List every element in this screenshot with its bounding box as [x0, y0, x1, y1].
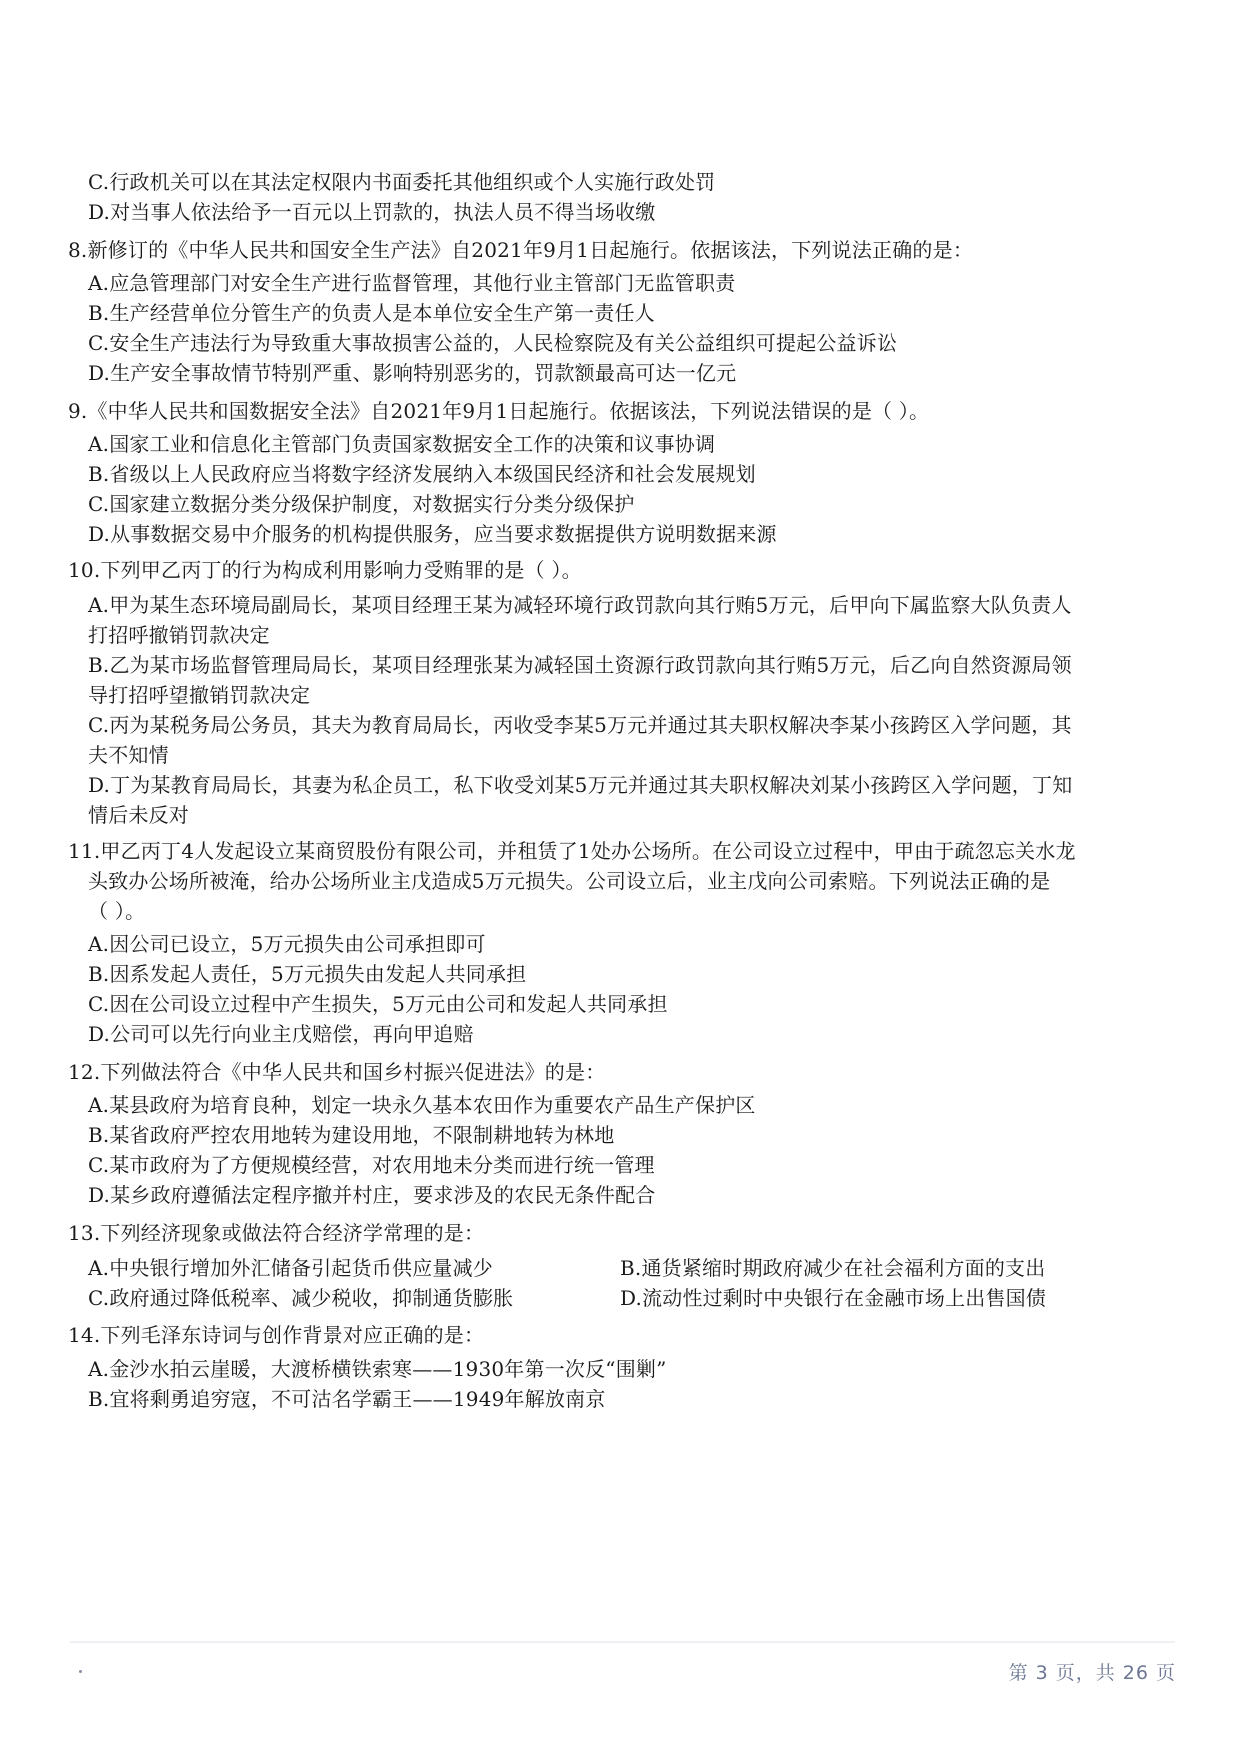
q14-stem: 14.下列毛泽东诗词与创作背景对应正确的是： — [68, 1320, 484, 1350]
q12-option-d: D.某乡政府遵循法定程序撤并村庄，要求涉及的农民无条件配合 — [88, 1180, 655, 1210]
q9-option-b: B.省级以上人民政府应当将数字经济发展纳入本级国民经济和社会发展规划 — [88, 459, 756, 489]
q13-option-b: B.通货紧缩时期政府减少在社会福利方面的支出 — [620, 1253, 1045, 1283]
footer-divider — [70, 1641, 1175, 1643]
q10-option-b-cont: 导打招呼望撤销罚款决定 — [88, 680, 310, 710]
q12-option-a: A.某县政府为培育良种，划定一块永久基本农田作为重要农产品生产保护区 — [88, 1090, 756, 1120]
q12-option-c: C.某市政府为了方便规模经营，对农用地未分类而进行统一管理 — [88, 1150, 655, 1180]
q12-stem: 12.下列做法符合《中华人民共和国乡村振兴促进法》的是： — [68, 1057, 605, 1087]
q14-option-a: A.金沙水拍云崖暖，大渡桥横铁索寒——1930年第一次反“围剿” — [88, 1354, 667, 1384]
exam-page: C.行政机关可以在其法定权限内书面委托其他组织或个人实施行政处罚 D.对当事人依… — [0, 0, 1240, 1754]
q11-option-b: B.因系发起人责任，5万元损失由发起人共同承担 — [88, 959, 526, 989]
q8-stem: 8.新修订的《中华人民共和国安全生产法》自2021年9月1日起施行。依据该法，下… — [68, 235, 973, 265]
q10-option-d-cont: 情后未反对 — [88, 800, 189, 830]
q8-option-d: D.生产安全事故情节特别严重、影响特别恶劣的，罚款额最高可达一亿元 — [88, 358, 736, 388]
q11-stem: 11.甲乙丙丁4人发起设立某商贸股份有限公司，并租赁了1处办公场所。在公司设立过… — [68, 836, 1076, 866]
q13-stem: 13.下列经济现象或做法符合经济学常理的是： — [68, 1218, 484, 1248]
q9-stem: 9.《中华人民共和国数据安全法》自2021年9月1日起施行。依据该法，下列说法错… — [68, 396, 929, 426]
q7-option-d: D.对当事人依法给予一百元以上罚款的，执法人员不得当场收缴 — [88, 197, 655, 227]
q10-option-d: D.丁为某教育局局长，其妻为私企员工，私下收受刘某5万元并通过其夫职权解决刘某小… — [88, 770, 1072, 800]
q11-stem-cont-2: （ ）。 — [88, 896, 145, 926]
q10-option-c-cont: 夫不知情 — [88, 740, 169, 770]
page-indicator: 第 3 页，共 26 页 — [1009, 1658, 1176, 1685]
q9-option-d: D.从事数据交易中介服务的机构提供服务，应当要求数据提供方说明数据来源 — [88, 519, 777, 549]
q7-option-c: C.行政机关可以在其法定权限内书面委托其他组织或个人实施行政处罚 — [88, 167, 715, 197]
q8-option-a: A.应急管理部门对安全生产进行监督管理，其他行业主管部门无监管职责 — [88, 268, 735, 298]
q10-option-b: B.乙为某市场监督管理局局长，某项目经理张某为减轻国土资源行政罚款向其行贿5万元… — [88, 650, 1072, 680]
q10-option-c: C.丙为某税务局公务员，其夫为教育局局长，丙收受李某5万元并通过其夫职权解决李某… — [88, 710, 1072, 740]
q13-option-c: C.政府通过降低税率、减少税收，抑制通货膨胀 — [88, 1283, 513, 1313]
q12-option-b: B.某省政府严控农用地转为建设用地，不限制耕地转为林地 — [88, 1120, 614, 1150]
q10-option-a-cont: 打招呼撤销罚款决定 — [88, 620, 270, 650]
q10-option-a: A.甲为某生态环境局副局长，某项目经理王某为减轻环境行政罚款向其行贿5万元，后甲… — [88, 590, 1072, 620]
q11-option-a: A.因公司已设立，5万元损失由公司承担即可 — [88, 929, 486, 959]
q11-option-c: C.因在公司设立过程中产生损失，5万元由公司和发起人共同承担 — [88, 989, 668, 1019]
q9-option-a: A.国家工业和信息化主管部门负责国家数据安全工作的决策和议事协调 — [88, 429, 715, 459]
q13-option-d: D.流动性过剩时中央银行在金融市场上出售国债 — [620, 1283, 1046, 1313]
q14-option-b: B.宜将剩勇追穷寇，不可沽名学霸王——1949年解放南京 — [88, 1384, 606, 1414]
q13-option-a: A.中央银行增加外汇储备引起货币供应量减少 — [88, 1253, 493, 1283]
q10-stem: 10.下列甲乙丙丁的行为构成利用影响力受贿罪的是（ ）。 — [68, 555, 582, 585]
q8-option-b: B.生产经营单位分管生产的负责人是本单位安全生产第一责任人 — [88, 298, 655, 328]
q8-option-c: C.安全生产违法行为导致重大事故损害公益的，人民检察院及有关公益组织可提起公益诉… — [88, 328, 897, 358]
q11-stem-cont-1: 头致办公场所被淹，给办公场所业主戊造成5万元损失。公司设立后，业主戊向公司索赔。… — [88, 866, 1050, 896]
q9-option-c: C.国家建立数据分类分级保护制度，对数据实行分类分级保护 — [88, 489, 635, 519]
footer-dot-mark — [79, 1670, 82, 1673]
q11-option-d: D.公司可以先行向业主戊赔偿，再向甲追赔 — [88, 1019, 474, 1049]
